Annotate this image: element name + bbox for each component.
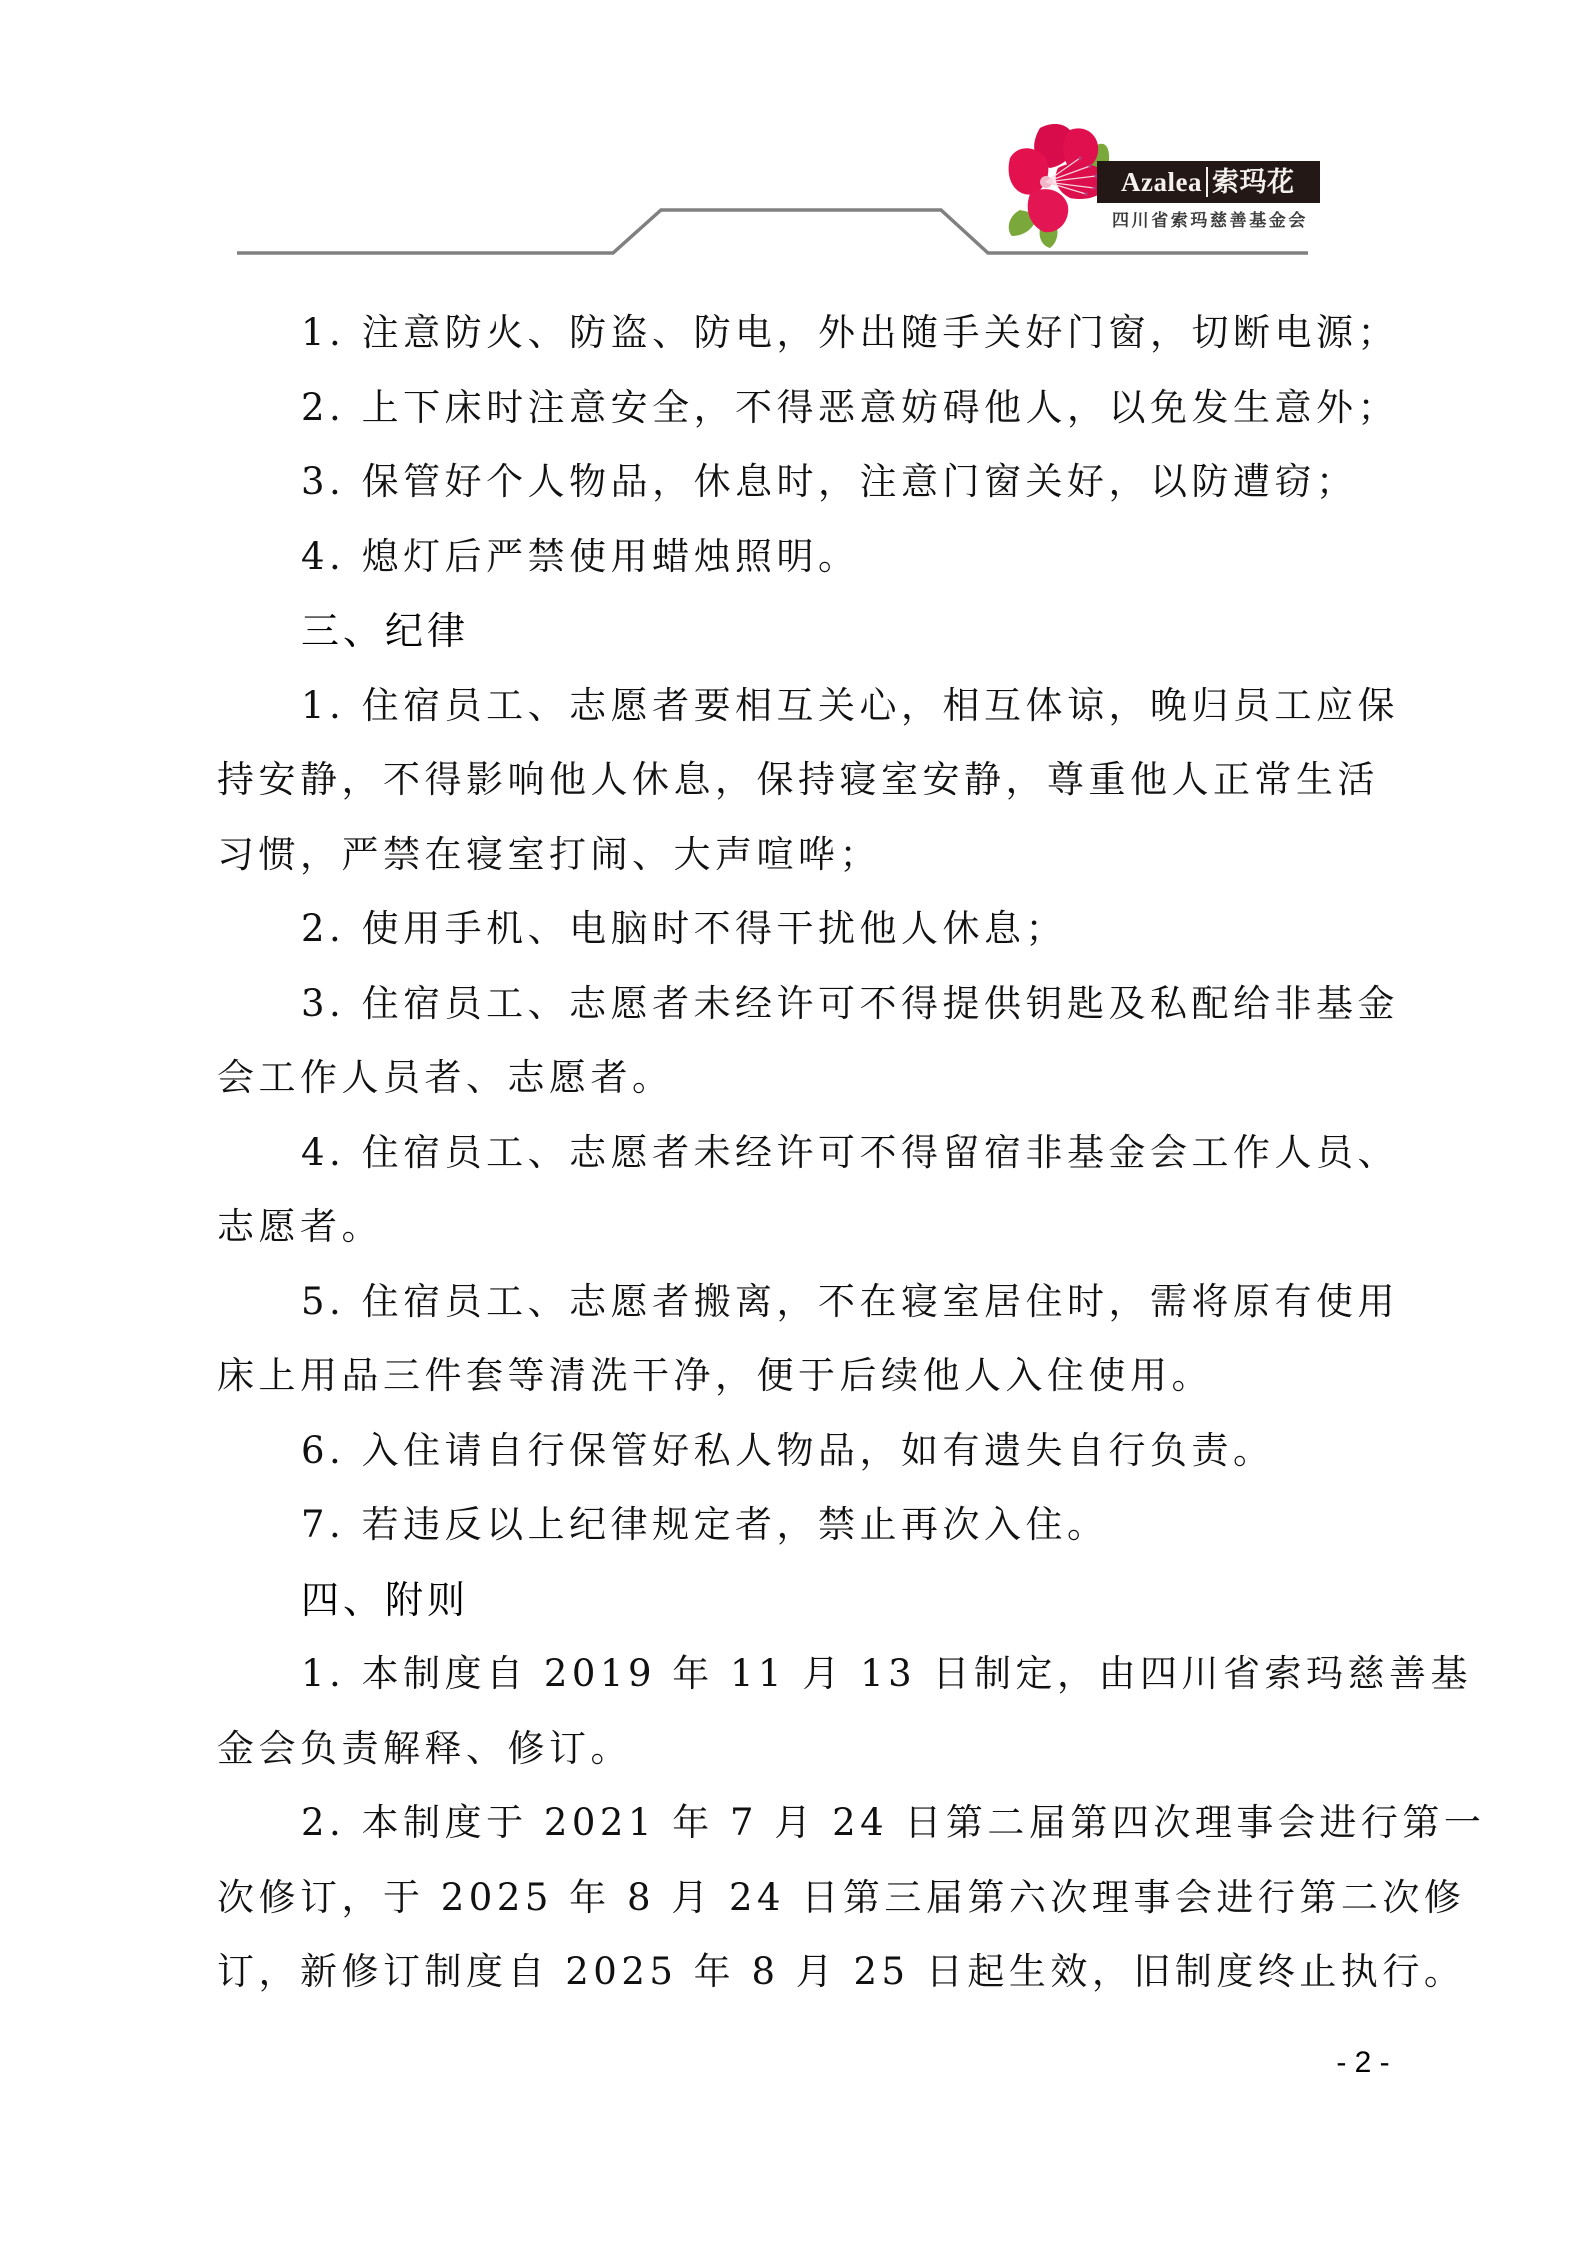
text-line: 志愿者。: [217, 1190, 1397, 1265]
text-line: 4. 熄灯后严禁使用蜡烛照明。: [217, 520, 1397, 595]
text-line: 金会负责解释、修订。: [217, 1712, 1397, 1787]
text-line: 3. 保管好个人物品，休息时，注意门窗关好，以防遭窃；: [217, 445, 1397, 520]
text-line: 2. 上下床时注意安全，不得恶意妨碍他人，以免发生意外；: [217, 371, 1397, 446]
foundation-logo: Azalea索玛花 四川省索玛慈善基金会: [1000, 118, 1330, 248]
logo-brand-zh: 索玛花: [1212, 167, 1295, 197]
document-body: 1. 注意防火、防盗、防电，外出随手关好门窗，切断电源；2. 上下床时注意安全，…: [217, 296, 1397, 2010]
section-heading: 三、纪律: [217, 594, 1397, 669]
logo-brand-en: Azalea: [1121, 167, 1202, 197]
logo-org-name: 四川省索玛慈善基金会: [1112, 209, 1322, 233]
logo-brand-band: Azalea索玛花: [1097, 161, 1320, 203]
text-line: 3. 住宿员工、志愿者未经许可不得提供钥匙及私配给非基金: [217, 967, 1397, 1042]
text-line: 1. 住宿员工、志愿者要相互关心，相互体谅，晚归员工应保: [217, 669, 1397, 744]
text-line: 5. 住宿员工、志愿者搬离，不在寝室居住时，需将原有使用: [217, 1265, 1397, 1340]
text-line: 订，新修订制度自 2025 年 8 月 25 日起生效，旧制度终止执行。: [217, 1935, 1397, 2010]
text-line: 4. 住宿员工、志愿者未经许可不得留宿非基金会工作人员、: [217, 1116, 1397, 1191]
text-line: 会工作人员者、志愿者。: [217, 1041, 1397, 1116]
text-line: 2. 使用手机、电脑时不得干扰他人休息；: [217, 892, 1397, 967]
text-line: 6. 入住请自行保管好私人物品，如有遗失自行负责。: [217, 1414, 1397, 1489]
section-heading: 四、附则: [217, 1563, 1397, 1638]
text-line: 1. 注意防火、防盗、防电，外出随手关好门窗，切断电源；: [217, 296, 1397, 371]
page-number: - 2 -: [1328, 2045, 1398, 2081]
text-line: 次修订，于 2025 年 8 月 24 日第三届第六次理事会进行第二次修: [217, 1861, 1397, 1936]
text-line: 床上用品三件套等清洗干净，便于后续他人入住使用。: [217, 1339, 1397, 1414]
text-line: 1. 本制度自 2019 年 11 月 13 日制定，由四川省索玛慈善基: [217, 1637, 1397, 1712]
text-line: 7. 若违反以上纪律规定者，禁止再次入住。: [217, 1488, 1397, 1563]
text-line: 习惯，严禁在寝室打闹、大声喧哗；: [217, 818, 1397, 893]
logo-divider: [1206, 167, 1208, 197]
text-line: 2. 本制度于 2021 年 7 月 24 日第二届第四次理事会进行第一: [217, 1786, 1397, 1861]
text-line: 持安静，不得影响他人休息，保持寝室安静，尊重他人正常生活: [217, 743, 1397, 818]
header-rule: [0, 0, 1587, 280]
document-page: Azalea索玛花 四川省索玛慈善基金会 1. 注意防火、防盗、防电，外出随手关…: [0, 0, 1587, 2245]
